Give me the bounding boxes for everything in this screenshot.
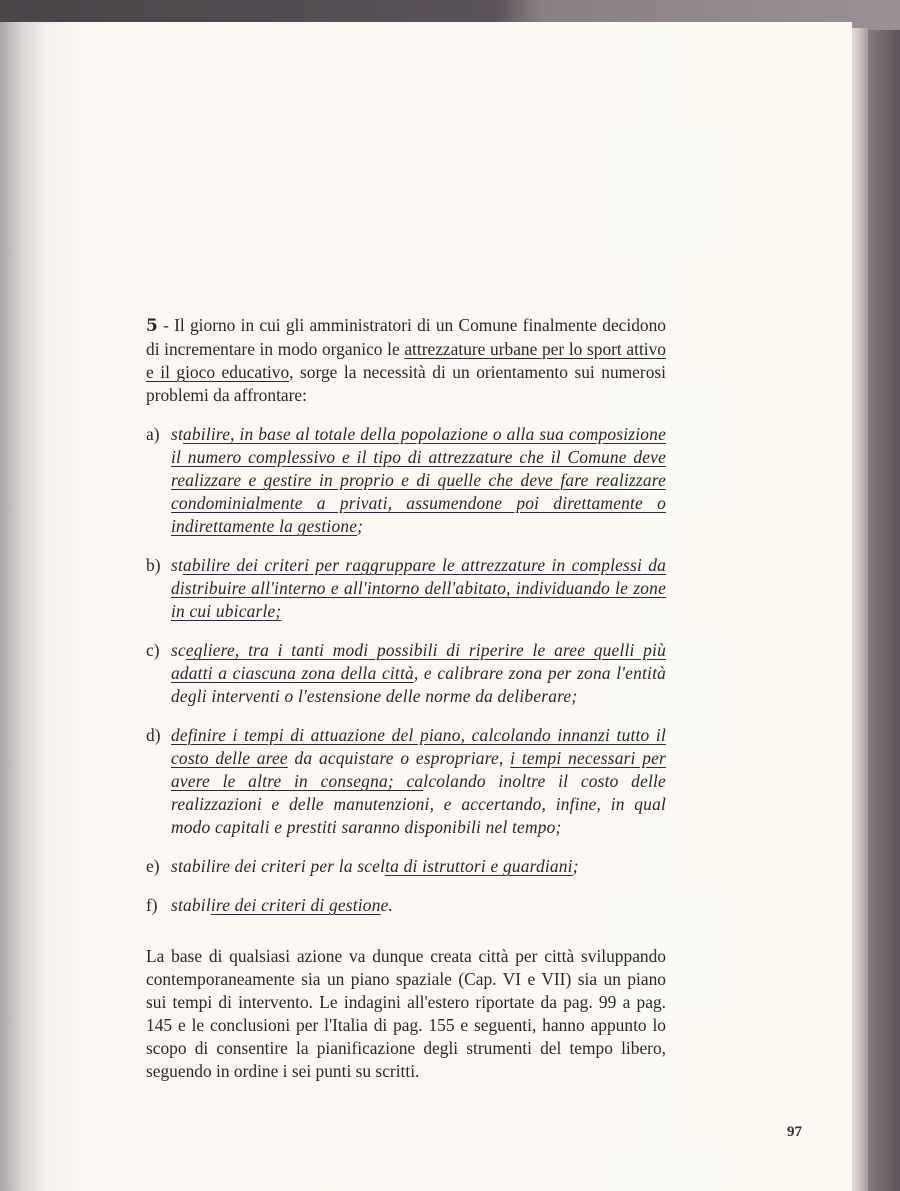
item-label: c) [146, 639, 171, 708]
text-plain: ; [357, 516, 363, 536]
text-underlined: ta di istruttori e guardiani [385, 856, 573, 876]
list-item-e: e) stabilire dei criteri per la scelta d… [146, 855, 666, 878]
intro-paragraph: 5 - Il giorno in cui gli amministratori … [146, 314, 666, 407]
item-label: f) [146, 894, 171, 917]
text-plain: ; [573, 856, 579, 876]
text-plain: e. [381, 895, 393, 915]
list-item-c: c) scegliere, tra i tanti modi possibili… [146, 639, 666, 708]
item-label: b) [146, 554, 171, 623]
item-label: d) [146, 724, 171, 839]
text-underlined: abilire dei criteri per raggruppare le a… [171, 555, 666, 621]
page-content: 5 - Il giorno in cui gli amministratori … [146, 314, 666, 1083]
text-plain: stabilire dei criteri per la scel [171, 856, 385, 876]
list-item-b: b) stabilire dei criteri per raggruppare… [146, 554, 666, 623]
list-item-d: d) definire i tempi di attuazione del pi… [146, 724, 666, 839]
page-stack-edge [850, 28, 868, 1191]
closing-paragraph: La base di qualsiasi azione va dunque cr… [146, 945, 666, 1083]
list-item-f: f) stabilire dei criteri di gestione. [146, 894, 666, 917]
item-label: a) [146, 423, 171, 538]
text-plain: sc [171, 640, 186, 660]
item-text: stabilire dei criteri per la scelta di i… [171, 855, 666, 878]
text-plain: da acquistare o espropriare, [288, 748, 510, 768]
section-number: 5 [146, 316, 158, 336]
item-text: stabilire, in base al totale della popol… [171, 423, 666, 538]
item-text: definire i tempi di attuazione del piano… [171, 724, 666, 839]
book-page: 5 - Il giorno in cui gli amministratori … [0, 22, 852, 1191]
text-plain: stabil [171, 895, 211, 915]
item-text: stabilire dei criteri di gestione. [171, 894, 666, 917]
item-text: scegliere, tra i tanti modi possibili di… [171, 639, 666, 708]
item-label: e) [146, 855, 171, 878]
text-plain: st [171, 424, 183, 444]
text-underlined: abilire, in base al totale della popolaz… [171, 424, 666, 536]
list-item-a: a) stabilire, in base al totale della po… [146, 423, 666, 538]
background-right [868, 30, 900, 1191]
text-plain: st [171, 555, 183, 575]
list: a) stabilire, in base al totale della po… [146, 423, 666, 917]
page-number: 97 [787, 1124, 802, 1141]
item-text: stabilire dei criteri per raggruppare le… [171, 554, 666, 623]
text-underlined: ire dei criteri di gestion [211, 895, 381, 915]
